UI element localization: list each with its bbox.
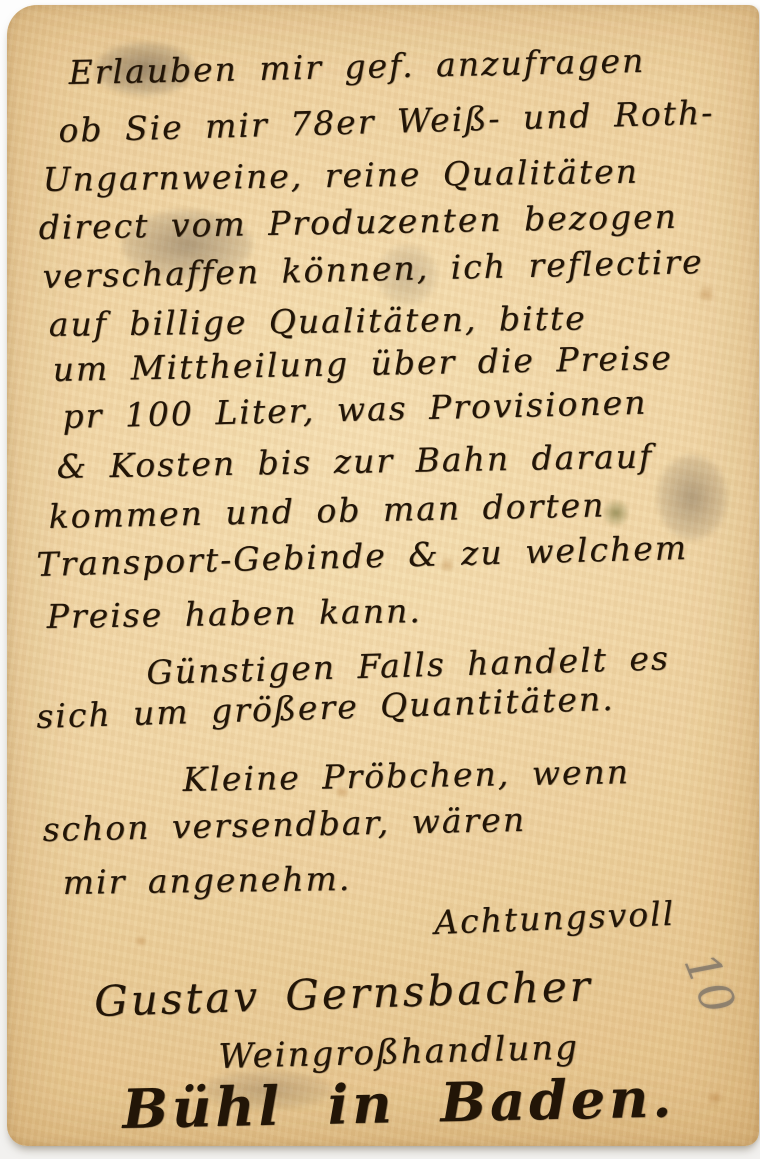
ink-smudge [657, 455, 727, 540]
handwritten-line: ob Sie mir 78er Weiß- und Roth- [58, 93, 715, 150]
handwritten-line: um Mittheilung über die Preise [52, 338, 673, 389]
foxing-spot [135, 935, 147, 947]
foxing-spot [707, 1090, 723, 1106]
handwritten-line: pr 100 Liter, was Provisionen [62, 383, 648, 436]
handwritten-line: kommen und ob man dorten [48, 485, 606, 536]
pencil-annotation: 10 [674, 945, 747, 1023]
handwritten-line: mir angenehm. [62, 859, 351, 902]
signature-name: Gustav Gernsbacher [93, 961, 593, 1026]
handwritten-line: Kleine Pröbchen, wenn [182, 752, 630, 799]
handwritten-line: verschaffen können, ich reflectire [42, 242, 704, 296]
handwritten-line: Transport-Gebinde & zu welchem [36, 528, 688, 584]
handwritten-line: & Kosten bis zur Bahn darauf [56, 437, 653, 486]
handwritten-line: Preise haben kann. [46, 591, 422, 636]
stain-spot [603, 497, 629, 529]
postcard: Erlauben mir gef. anzufragen ob Sie mir … [7, 5, 759, 1146]
handwritten-line: Ungarnweine, reine Qualitäten [42, 152, 639, 199]
handwritten-line: direct vom Produzenten bezogen [38, 197, 678, 247]
handwritten-line: auf billige Qualitäten, bitte [49, 298, 587, 344]
handwritten-line: sich um größere Quantitäten. [36, 679, 615, 736]
scanner-background: Erlauben mir gef. anzufragen ob Sie mir … [0, 0, 760, 1159]
signature-place: Bühl in Baden. [122, 1065, 676, 1141]
handwritten-line: schon versendbar, wären [42, 800, 526, 849]
foxing-spot [697, 285, 715, 303]
closing-salutation: Achtungsvoll [434, 894, 676, 942]
handwritten-line: Erlauben mir gef. anzufragen [68, 41, 645, 92]
